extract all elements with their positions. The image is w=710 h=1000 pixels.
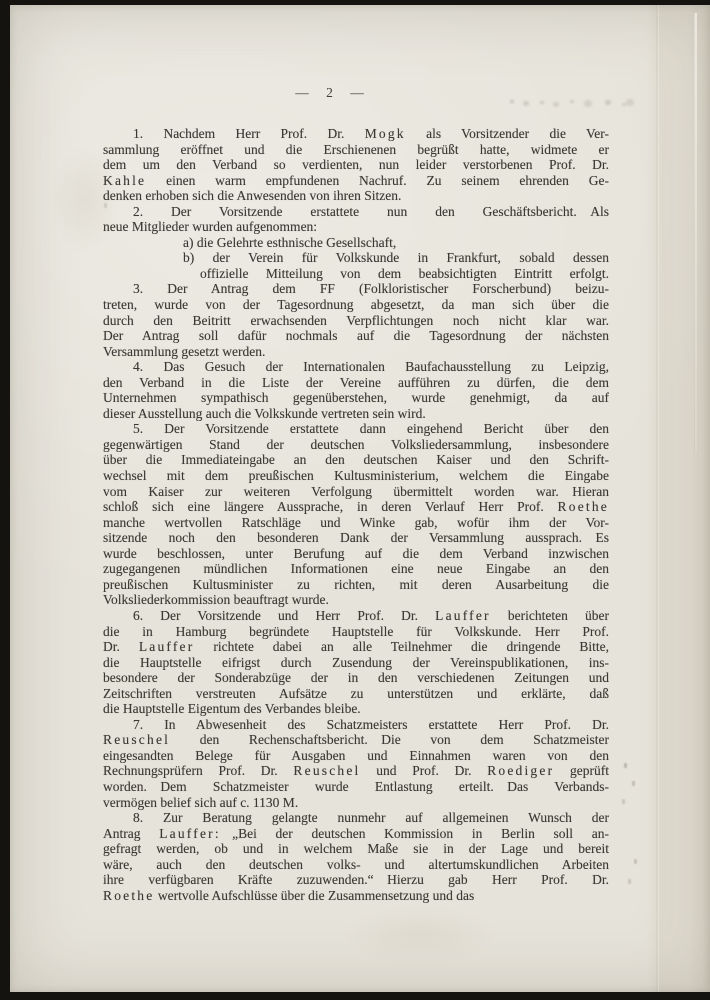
text-segment: den Rechenschaftsbericht. Die von dem Sc… xyxy=(170,732,609,747)
text-segment: sitzende noch den besonderen Dank der Ve… xyxy=(103,530,609,545)
text-line: offizielle Mitteilung von dem beabsichti… xyxy=(103,266,609,282)
text-segment: Rechnungsprüfern Prof. Dr. xyxy=(103,763,293,778)
text-segment: manche wertvollen Ratschläge und Winke g… xyxy=(103,515,609,530)
text-line: sitzende noch den besonderen Dank der Ve… xyxy=(103,530,609,546)
text-segment: offizielle Mitteilung von dem beabsichti… xyxy=(200,266,609,281)
page-number: — 2 — xyxy=(10,85,650,101)
spaced-name: Roethe xyxy=(103,888,154,903)
text-line: ihre verfügbaren Kräfte zuzuwenden.“ Hie… xyxy=(103,872,609,888)
text-line: durch den Beitritt erwachsenden Verpflic… xyxy=(103,313,609,329)
spaced-name: Reuschel xyxy=(293,763,360,778)
text-line: 2. Der Vorsitzende erstattete nun den Ge… xyxy=(103,204,609,220)
text-line: dieser Ausstellung auch die Volkskunde v… xyxy=(103,406,609,422)
text-segment: richtete dabei an alle Teilnehmer die dr… xyxy=(194,639,609,654)
text-line: 7. In Abwesenheit des Schatzmeisters ers… xyxy=(103,717,609,733)
text-segment: Der Antrag soll dafür nochmals auf die T… xyxy=(103,328,609,343)
text-line: neue Mitglieder wurden aufgenommen: xyxy=(103,219,609,235)
text-line: Unternehmen sympathisch gegenüberstehen,… xyxy=(103,390,609,406)
text-line: treten, wurde von der Tagesordnung abges… xyxy=(103,297,609,313)
paragraph-6: 6. Der Vorsitzende und Herr Prof. Dr. La… xyxy=(103,608,609,717)
text-line: Kahle einen warm empfundenen Nachruf. Zu… xyxy=(103,173,609,189)
text-line: Versammlung gesetzt werden. xyxy=(103,344,609,360)
text-line: denken erhoben sich die Anwesenden von i… xyxy=(103,188,609,204)
paragraph-5: 5. Der Vorsitzende erstattete dann einge… xyxy=(103,421,609,608)
text-segment: b) der Verein für Volkskunde in Frankfur… xyxy=(183,250,609,265)
spaced-name: Reuschel xyxy=(103,732,170,747)
text-line: worden. Dem Schatzmeister wurde Entlastu… xyxy=(103,779,609,795)
text-line: 1. Nachdem Herr Prof. Dr. Mogk als Vorsi… xyxy=(103,126,609,142)
text-segment: als Vorsitzender die Ver- xyxy=(406,126,609,141)
text-line: die in Hamburg begründete Hauptstelle fü… xyxy=(103,624,609,640)
text-segment: einen warm empfundenen Nachruf. Zu seine… xyxy=(146,173,609,188)
text-segment: die Hauptstelle Eigentum des Verbandes b… xyxy=(103,701,361,716)
text-line: Reuschel den Rechenschaftsbericht. Die v… xyxy=(103,732,609,748)
text-segment: gefragt werden, ob und in welchem Maße s… xyxy=(103,841,609,856)
text-segment: wertvolle Aufschlüsse über die Zusammens… xyxy=(154,888,474,903)
text-segment: Volksliederkommission beauftragt wurde. xyxy=(103,592,329,607)
text-segment: wäre, auch den deutschen volks- und alte… xyxy=(103,857,609,872)
text-segment: die in Hamburg begründete Hauptstelle fü… xyxy=(103,624,609,639)
text-segment: 5. Der Vorsitzende erstattete dann einge… xyxy=(133,421,609,436)
text-line: 8. Zur Beratung gelangte nunmehr auf all… xyxy=(103,810,609,826)
list-item-a: a) die Gelehrte esthnische Gesellschaft, xyxy=(103,235,609,251)
text-line: Dr. Lauffer richtete dabei an alle Teiln… xyxy=(103,639,609,655)
text-segment: neue Mitglieder wurden aufgenommen: xyxy=(103,219,317,234)
text-line: preußischen Kultusminister zu richten, m… xyxy=(103,577,609,593)
text-segment: und Prof. Dr. xyxy=(361,763,488,778)
text-line: wechsel mit dem preußischen Kultusminist… xyxy=(103,468,609,484)
text-segment: Dr. xyxy=(103,639,139,654)
spaced-name: Lauffer xyxy=(139,639,195,654)
text-segment: 1. Nachdem Herr Prof. Dr. xyxy=(133,126,365,141)
text-segment: : „Bei der deutschen Kommission in Berli… xyxy=(215,826,609,841)
text-line: über die Immediateingabe an den deutsche… xyxy=(103,452,609,468)
spaced-name: Roethe xyxy=(558,499,609,514)
text-segment: durch den Beitritt erwachsenden Verpflic… xyxy=(103,313,609,328)
scanned-page: — 2 — 1. Nachdem Herr Prof. Dr. Mogk als… xyxy=(0,0,710,1000)
paragraph-3: 3. Der Antrag dem FF (Folkloristischer F… xyxy=(103,281,609,359)
text-line: manche wertvollen Ratschläge und Winke g… xyxy=(103,515,609,531)
text-segment: 4. Das Gesuch der Internationalen Baufac… xyxy=(133,359,609,374)
text-segment: dem um den Verband so verdienten, nun le… xyxy=(103,157,609,172)
text-line: Der Antrag soll dafür nochmals auf die T… xyxy=(103,328,609,344)
paragraph-8: 8. Zur Beratung gelangte nunmehr auf all… xyxy=(103,810,609,903)
spaced-name: Roediger xyxy=(487,763,554,778)
text-line: wäre, auch den deutschen volks- und alte… xyxy=(103,857,609,873)
text-segment: wurde beschlossen, unter Berufung auf di… xyxy=(103,546,609,561)
text-line: wurde beschlossen, unter Berufung auf di… xyxy=(103,546,609,562)
text-line: den Verband in die Liste der Vereine auf… xyxy=(103,375,609,391)
text-segment: gegenwärtigen Stand der deutschen Volksl… xyxy=(103,437,609,452)
spaced-name: Lauffer xyxy=(435,608,491,623)
paragraph-7: 7. In Abwesenheit des Schatzmeisters ers… xyxy=(103,717,609,810)
text-segment: Antrag xyxy=(103,826,159,841)
text-segment: 3. Der Antrag dem FF (Folkloristischer F… xyxy=(133,281,609,296)
text-line: Roethe wertvolle Aufschlüsse über die Zu… xyxy=(103,888,609,904)
text-line: 3. Der Antrag dem FF (Folkloristischer F… xyxy=(103,281,609,297)
text-line: vermögen belief sich auf c. 1130 M. xyxy=(103,795,609,811)
text-line: zugegangenen mündlichen Informationen ei… xyxy=(103,561,609,577)
text-segment: wechsel mit dem preußischen Kultusminist… xyxy=(103,468,609,483)
page-edge-seam xyxy=(694,13,697,453)
text-segment: eingesandten Belege für Ausgaben und Ein… xyxy=(103,748,609,763)
text-line: Volksliederkommission beauftragt wurde. xyxy=(103,592,609,608)
text-segment: sammlung eröffnet und die Erschienenen b… xyxy=(103,142,609,157)
text-segment: besondere der Sonderabzüge der in den ve… xyxy=(103,670,609,685)
paper-stain xyxy=(340,905,500,965)
paragraph-1: 1. Nachdem Herr Prof. Dr. Mogk als Vorsi… xyxy=(103,126,609,204)
text-segment: 7. In Abwesenheit des Schatzmeisters ers… xyxy=(133,717,609,732)
text-segment: 8. Zur Beratung gelangte nunmehr auf all… xyxy=(133,810,609,825)
text-segment: denken erhoben sich die Anwesenden von i… xyxy=(103,188,401,203)
text-segment: dieser Ausstellung auch die Volkskunde v… xyxy=(103,406,426,421)
text-line: die Hauptstelle Eigentum des Verbandes b… xyxy=(103,701,609,717)
text-segment: preußischen Kultusminister zu richten, m… xyxy=(103,577,609,592)
text-segment: 6. Der Vorsitzende und Herr Prof. Dr. xyxy=(133,608,435,623)
text-segment: die Hauptstelle eifrigst durch Zusendung… xyxy=(103,655,609,670)
spaced-name: Lauffer xyxy=(159,826,215,841)
text-line: schloß sich eine längere Aussprache, in … xyxy=(103,499,609,515)
text-line: a) die Gelehrte esthnische Gesellschaft, xyxy=(103,235,609,251)
text-segment: worden. Dem Schatzmeister wurde Entlastu… xyxy=(103,779,609,794)
text-line: sammlung eröffnet und die Erschienenen b… xyxy=(103,142,609,158)
text-line: Antrag Lauffer: „Bei der deutschen Kommi… xyxy=(103,826,609,842)
text-segment: a) die Gelehrte esthnische Gesellschaft, xyxy=(183,235,396,250)
page-fold-line xyxy=(656,5,659,992)
text-line: gegenwärtigen Stand der deutschen Volksl… xyxy=(103,437,609,453)
paragraph-4: 4. Das Gesuch der Internationalen Baufac… xyxy=(103,359,609,421)
spaced-name: Kahle xyxy=(103,173,146,188)
text-segment: ihre verfügbaren Kräfte zuzuwenden.“ Hie… xyxy=(103,872,609,887)
text-line: 4. Das Gesuch der Internationalen Baufac… xyxy=(103,359,609,375)
text-segment: Unternehmen sympathisch gegenüberstehen,… xyxy=(103,390,609,405)
text-line: dem um den Verband so verdienten, nun le… xyxy=(103,157,609,173)
text-segment: zugegangenen mündlichen Informationen ei… xyxy=(103,561,609,576)
text-line: besondere der Sonderabzüge der in den ve… xyxy=(103,670,609,686)
paragraph-2: 2. Der Vorsitzende erstattete nun den Ge… xyxy=(103,204,609,235)
text-line: b) der Verein für Volkskunde in Frankfur… xyxy=(103,250,609,266)
text-line: 5. Der Vorsitzende erstattete dann einge… xyxy=(103,421,609,437)
list-item-b: b) der Verein für Volkskunde in Frankfur… xyxy=(103,250,609,281)
text-segment: geprüft xyxy=(554,763,609,778)
text-line: gefragt werden, ob und in welchem Maße s… xyxy=(103,841,609,857)
paper-sheet: — 2 — 1. Nachdem Herr Prof. Dr. Mogk als… xyxy=(10,5,710,992)
text-segment: berichteten über xyxy=(491,608,609,623)
text-segment: treten, wurde von der Tagesordnung abges… xyxy=(103,297,609,312)
text-line: 6. Der Vorsitzende und Herr Prof. Dr. La… xyxy=(103,608,609,624)
text-segment: Zeitschriften verstreuten Aufsätze zu un… xyxy=(103,686,609,701)
text-line: Zeitschriften verstreuten Aufsätze zu un… xyxy=(103,686,609,702)
text-segment: Versammlung gesetzt werden. xyxy=(103,344,265,359)
text-line: Rechnungsprüfern Prof. Dr. Reuschel und … xyxy=(103,763,609,779)
text-line: eingesandten Belege für Ausgaben und Ein… xyxy=(103,748,609,764)
text-segment: vom Kaiser zur weiteren Verfolgung überm… xyxy=(103,484,609,499)
spaced-name: Mogk xyxy=(365,126,406,141)
text-segment: schloß sich eine längere Aussprache, in … xyxy=(103,499,558,514)
text-line: vom Kaiser zur weiteren Verfolgung überm… xyxy=(103,484,609,500)
text-line: die Hauptstelle eifrigst durch Zusendung… xyxy=(103,655,609,671)
text-block: 1. Nachdem Herr Prof. Dr. Mogk als Vorsi… xyxy=(103,126,609,903)
margin-specks xyxy=(624,763,627,768)
text-segment: 2. Der Vorsitzende erstattete nun den Ge… xyxy=(133,204,609,219)
text-segment: den Verband in die Liste der Vereine auf… xyxy=(103,375,609,390)
text-segment: über die Immediateingabe an den deutsche… xyxy=(103,452,609,467)
text-segment: vermögen belief sich auf c. 1130 M. xyxy=(103,795,298,810)
